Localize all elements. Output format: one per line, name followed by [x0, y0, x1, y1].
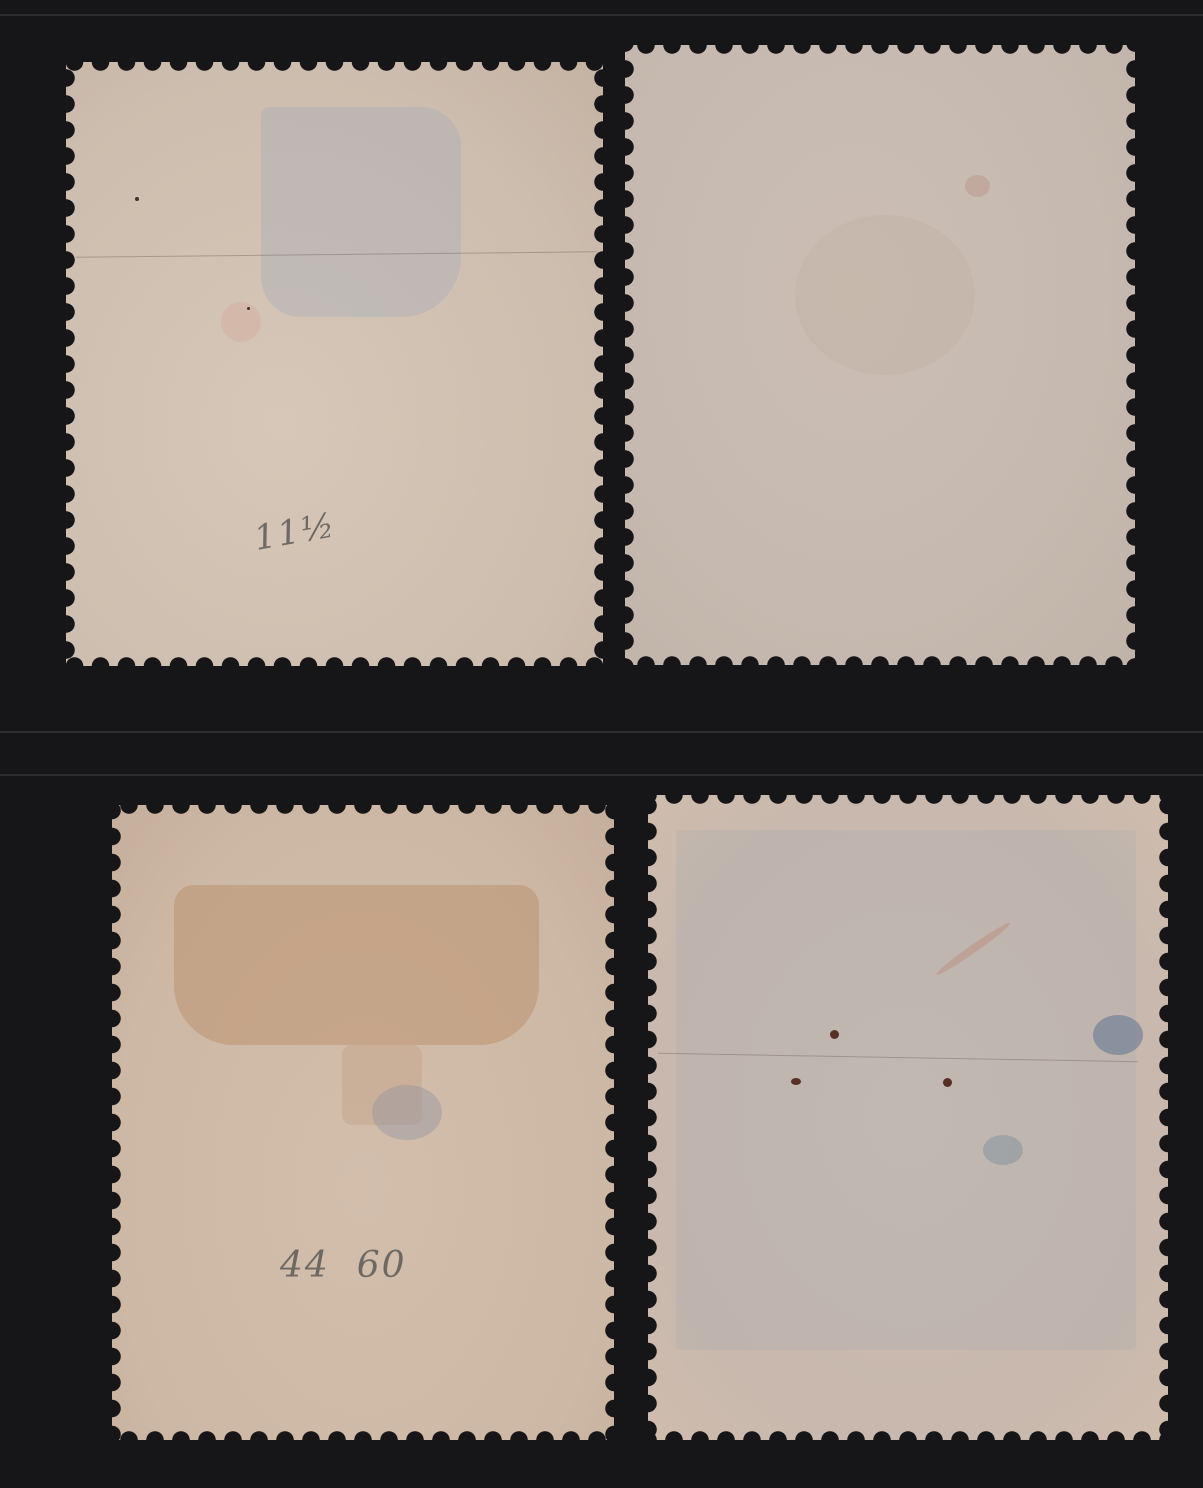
pencil-note: 11½	[251, 505, 339, 559]
brown-spot	[965, 175, 990, 197]
pink-spot	[221, 302, 261, 342]
stock-card-strip-line-top	[0, 14, 1203, 16]
stamp-top-right	[625, 45, 1135, 665]
stamp-bottom-left: 44 60	[112, 805, 614, 1440]
hinge-remnant	[261, 107, 461, 317]
pencil-note: 44 60	[280, 1245, 407, 1286]
brown-dot	[791, 1078, 801, 1085]
brown-dot	[830, 1030, 839, 1039]
design-show-through	[676, 830, 1136, 1350]
stamp-top-left: 11½	[66, 62, 603, 666]
grey-smudge	[372, 1085, 442, 1140]
stock-card-strip-line-middle	[0, 731, 1203, 733]
blue-ink-spot	[1093, 1015, 1143, 1055]
stock-card-strip-line-lower	[0, 774, 1203, 776]
dark-speck	[135, 197, 139, 201]
brown-dot	[943, 1078, 952, 1087]
blue-ink-smudge	[983, 1135, 1023, 1165]
dark-speck	[247, 307, 250, 310]
hinge-remnant	[174, 885, 539, 1045]
stamp-bottom-right	[648, 795, 1168, 1440]
faint-stain	[795, 215, 975, 375]
